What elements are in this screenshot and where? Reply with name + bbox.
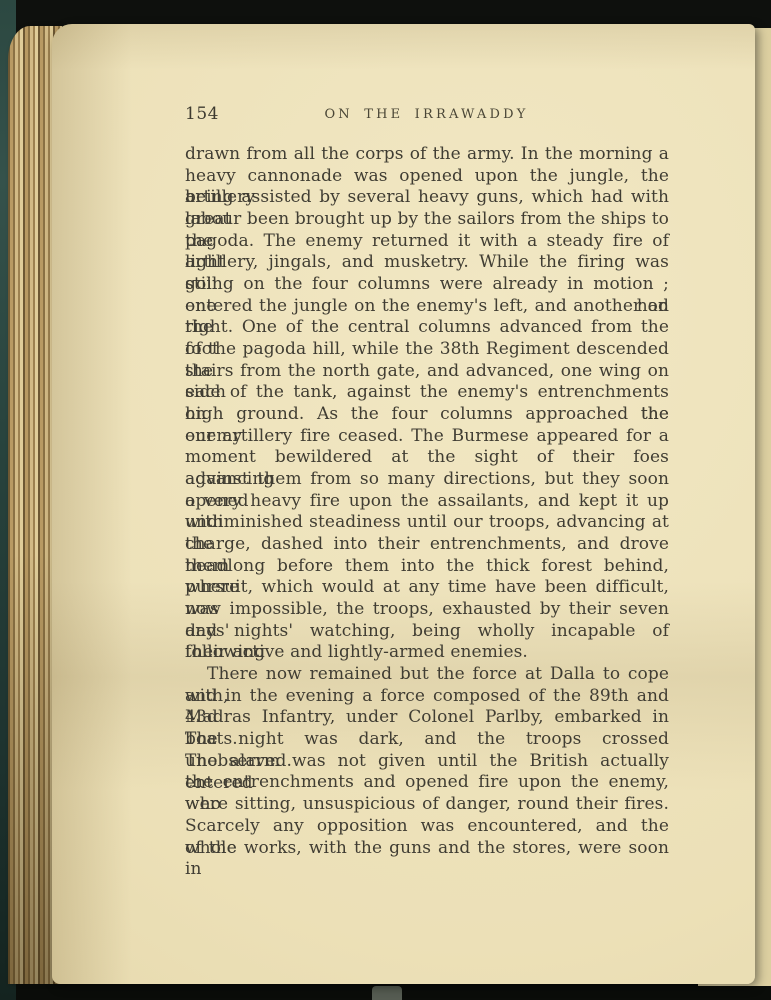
text-line: a very heavy fire upon the assailants, a… [185,491,669,513]
text-line: The night was dark, and the troops cross… [185,729,669,751]
body-text: drawn from all the corps of the army. In… [185,144,669,859]
text-line: Madras Infantry, under Colonel Parlby, e… [185,707,669,729]
running-header: ON THE IRRAWADDY [185,107,668,122]
text-line: entered the jungle on the enemy's left, … [185,296,669,318]
text-line: drawn from all the corps of the army. In… [185,144,669,166]
text-line: going on the four columns were already i… [185,274,669,296]
text-line: side of the tank, against the enemy's en… [185,382,669,404]
page-header-row: 154 ON THE IRRAWADDY [185,104,668,126]
text-line: undiminished steadiness until our troops… [185,512,669,534]
text-line: and nights' watching, being wholly incap… [185,621,669,643]
book-page: 154 ON THE IRRAWADDY drawn from all the … [52,24,755,984]
text-line: moment bewildered at the sight of their … [185,447,669,469]
text-line: pagoda. The enemy returned it with a ste… [185,231,669,253]
text-line: now impossible, the troops, exhausted by… [185,599,669,621]
text-line: stairs from the north gate, and advanced… [185,361,669,383]
text-line: high ground. As the four columns approac… [185,404,669,426]
text-line: of the pagoda hill, while the 38th Regim… [185,339,669,361]
text-line: charge, dashed into their entrenchments,… [185,534,669,556]
text-line: heavy cannonade was opened upon the jung… [185,166,669,188]
text-line: were sitting, unsuspicious of danger, ro… [185,794,669,816]
text-line: headlong before them into the thick fore… [185,556,669,578]
text-line: right. One of the central columns advanc… [185,317,669,339]
text-line: being assisted by several heavy guns, wh… [185,187,669,209]
text-line: labour been brought up by the sailors fr… [185,209,669,231]
text-line: the entrenchments and opened fire upon t… [185,772,669,794]
text-line: artillery, jingals, and musketry. While … [185,252,669,274]
text-line: Scarcely any opposition was encountered,… [185,816,669,838]
text-line: The alarm was not given until the Britis… [185,751,669,773]
text-line: There now remained but the force at Dall… [185,664,669,686]
text-line: pursuit, which would at any time have be… [185,577,669,599]
bottom-shadow-bump [372,986,402,1000]
text-line: against them from so many directions, bu… [185,469,669,491]
text-line: their active and lightly-armed enemies. [185,642,669,664]
text-line: and in the evening a force composed of t… [185,686,669,708]
text-line: our artillery fire ceased. The Burmese a… [185,426,669,448]
text-line: of the works, with the guns and the stor… [185,838,669,860]
